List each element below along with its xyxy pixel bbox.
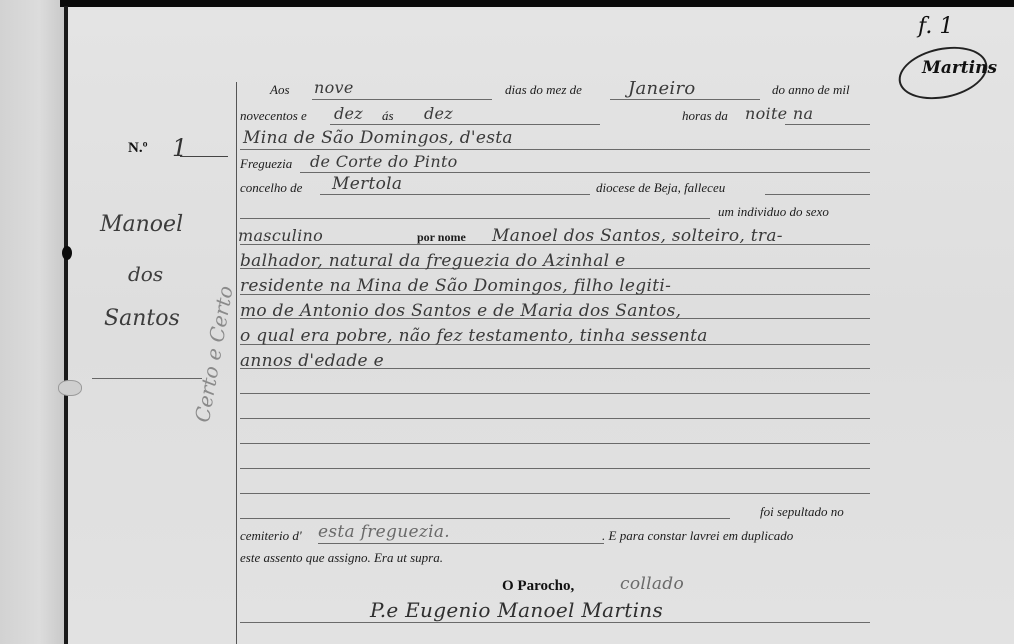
entry-number-underline — [180, 156, 228, 157]
handwritten-line: o qual era pobre, não fez testamento, ti… — [240, 326, 708, 346]
binding-stitch — [62, 246, 72, 260]
margin-name-first: Manoel — [100, 212, 183, 237]
entry-number: 1 — [172, 134, 188, 162]
printed-text: ás — [382, 108, 394, 124]
handwritten-place: Mina de São Domingos, d'esta — [243, 128, 513, 148]
printed-text: cemiterio d' — [240, 528, 302, 544]
handwritten-title: collado — [620, 574, 684, 594]
ruled-line — [240, 493, 870, 494]
ruled-line — [320, 194, 590, 195]
printed-text: Aos — [270, 82, 290, 98]
printed-text: . E para constar lavrei em duplicado — [602, 528, 793, 544]
ruled-line — [240, 468, 870, 469]
ruled-line — [300, 172, 870, 173]
ruled-line — [610, 99, 760, 100]
scan-top-border — [60, 0, 1014, 7]
printed-text: novecentos e — [240, 108, 307, 124]
handwritten-cemetery: esta freguezia. — [318, 522, 450, 542]
ruled-line — [240, 418, 870, 419]
handwritten-county: Mertola — [332, 174, 402, 194]
ruled-line — [785, 124, 870, 125]
priest-signature: P.e Eugenio Manoel Martins — [370, 598, 663, 622]
binding-stitch — [58, 380, 82, 396]
ruled-line — [765, 194, 870, 195]
handwritten-line: mo de Antonio dos Santos e de Maria dos … — [240, 301, 681, 321]
handwritten-hour: dez — [424, 104, 453, 123]
printed-text: diocese de Beja, falleceu — [596, 180, 725, 196]
printed-text: um individuo do sexo — [718, 204, 829, 220]
book-gutter — [64, 6, 68, 644]
ruled-line — [330, 124, 600, 125]
ruled-line — [240, 218, 710, 219]
printed-text: Freguezia — [240, 156, 292, 172]
printed-text: horas da — [682, 108, 728, 124]
ruled-line — [318, 543, 604, 544]
margin-rule — [236, 82, 237, 644]
handwritten-line: annos d'edade e — [240, 351, 384, 371]
margin-name-middle: dos — [128, 262, 163, 286]
handwritten-sex: masculino — [238, 226, 323, 245]
handwritten-parish: de Corte do Pinto — [310, 152, 458, 171]
handwritten-name: Manoel dos Santos, solteiro, tra- — [492, 226, 783, 246]
folio-number: f. 1 — [918, 14, 953, 39]
handwritten-period: noite na — [745, 104, 813, 123]
ruled-line — [240, 622, 870, 623]
ruled-line — [240, 149, 870, 150]
handwritten-line: balhador, natural da freguezia do Azinha… — [240, 251, 625, 271]
printed-text: dias do mez de — [505, 82, 582, 98]
handwritten-month: Janeiro — [628, 78, 696, 99]
printed-text: foi sepultado no — [760, 504, 844, 520]
entry-number-label: N.º — [128, 140, 148, 157]
handwritten-year: dez — [334, 104, 363, 123]
handwritten-line: residente na Mina de São Domingos, filho… — [240, 276, 671, 296]
ruled-line — [240, 393, 870, 394]
ruled-line — [312, 99, 492, 100]
ruled-line — [240, 443, 870, 444]
left-page-edge — [0, 0, 66, 644]
margin-flourish — [92, 378, 202, 379]
printed-text: este assento que assigno. Era ut supra. — [240, 550, 443, 566]
ruled-line — [240, 518, 730, 519]
margin-name-last: Santos — [104, 306, 180, 331]
corner-signature: Martins — [922, 58, 997, 78]
handwritten-day: nove — [314, 78, 354, 97]
printed-text: do anno de mil — [772, 82, 850, 98]
printed-text: concelho de — [240, 180, 302, 196]
signature-title: O Parocho, — [502, 578, 574, 595]
printed-text: por nome — [417, 230, 466, 245]
